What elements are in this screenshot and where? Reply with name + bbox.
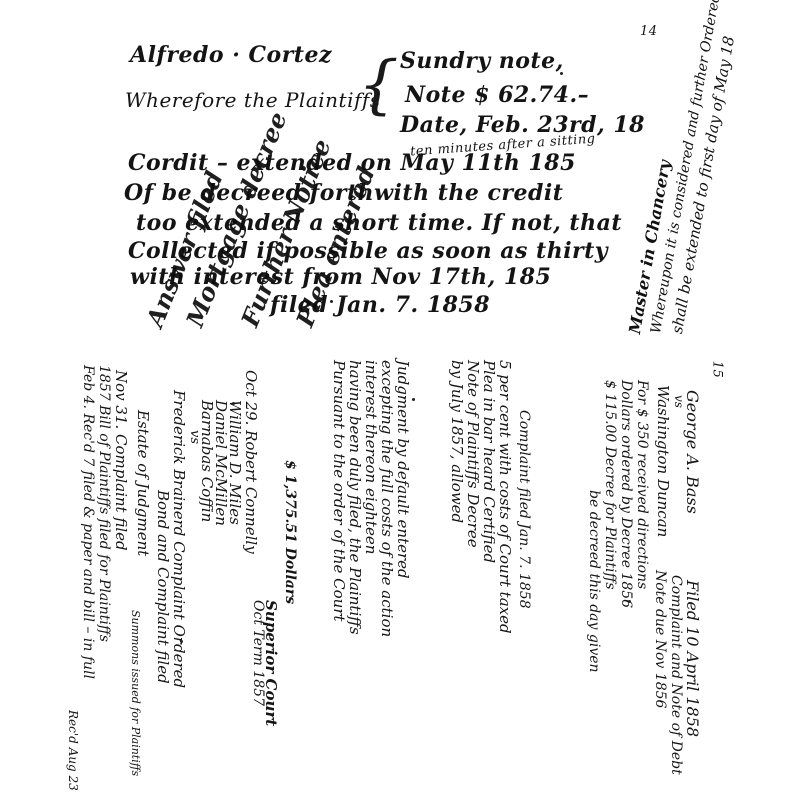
ledger-line: Complaint and Note of Debt	[668, 575, 684, 775]
top-manuscript-block: Alfredo · Cortez Wherefore the Plaintiff…	[120, 20, 700, 340]
page-number: 15	[709, 361, 724, 379]
ledger-line: Washington Duncan	[654, 385, 672, 537]
manuscript-line: Wherefore the Plaintiffs	[125, 88, 381, 112]
ledger-line: vs	[672, 395, 686, 408]
ledger-line: 5 per cent with costs of Court taxed	[496, 360, 514, 634]
ledger-line: For $ 350 received directions	[634, 380, 650, 589]
manuscript-line: Alfredo · Cortez	[130, 42, 332, 68]
ledger-line: Estate of Judgment	[134, 410, 152, 556]
ink-speck	[560, 72, 563, 75]
note-heading-line: Date, Feb. 23rd, 18	[400, 112, 645, 138]
ledger-line: $ 115.00 Decree for Plaintiffs	[602, 380, 618, 590]
ledger-line: Feb 4. Rec'd 7 filed & paper and bill – …	[80, 365, 96, 679]
ledger-line: Barnabas Coffin	[198, 400, 216, 522]
ink-speck	[628, 600, 631, 603]
ledger-line: Filed 10 April 1858	[683, 580, 702, 737]
ink-speck	[330, 300, 333, 303]
court-line: Oct Term 1857	[250, 600, 266, 706]
ledger-line: vs	[187, 430, 202, 444]
ledger-line: be decreed this day given	[586, 490, 602, 673]
note-heading-line: Sundry note,	[400, 48, 564, 74]
ledger-line: Nov 31. Complaint filed	[112, 370, 130, 551]
ink-speck	[232, 402, 235, 405]
ledger-line: Dollars ordered by Decree 1856	[618, 380, 634, 608]
ledger-line: Bond and Complaint filed	[154, 490, 172, 684]
ledger-sum: $ 1,375.51 Dollars	[282, 460, 298, 604]
brace-flourish: {	[358, 48, 399, 122]
ledger-line: Note due Nov 1856	[652, 570, 668, 708]
ledger-line: 1857 Bill of Plaintiffs filed for Plaint…	[96, 365, 112, 642]
ledger-line: Judgment by default entered	[394, 360, 412, 579]
note-heading-line: Note $ 62.74.–	[405, 82, 589, 108]
ledger-line: Frederick Brainerd Complaint Ordered	[170, 390, 188, 688]
ink-speck	[412, 398, 415, 401]
ink-speck	[180, 640, 183, 643]
ledger-line: Rec'd Aug 23	[66, 710, 80, 791]
ledger-line: Complaint filed Jan. 7. 1858	[516, 410, 532, 609]
ledger-line: Summons issued for Plaintiffs	[129, 610, 142, 776]
bottom-manuscript-block: Oct 29. Robert Connelly William D. Miles…	[80, 350, 720, 790]
ledger-line: George A. Bass	[683, 390, 702, 514]
ledger-line: Oct 29. Robert Connelly	[242, 370, 260, 554]
page-number: 14	[640, 24, 658, 39]
